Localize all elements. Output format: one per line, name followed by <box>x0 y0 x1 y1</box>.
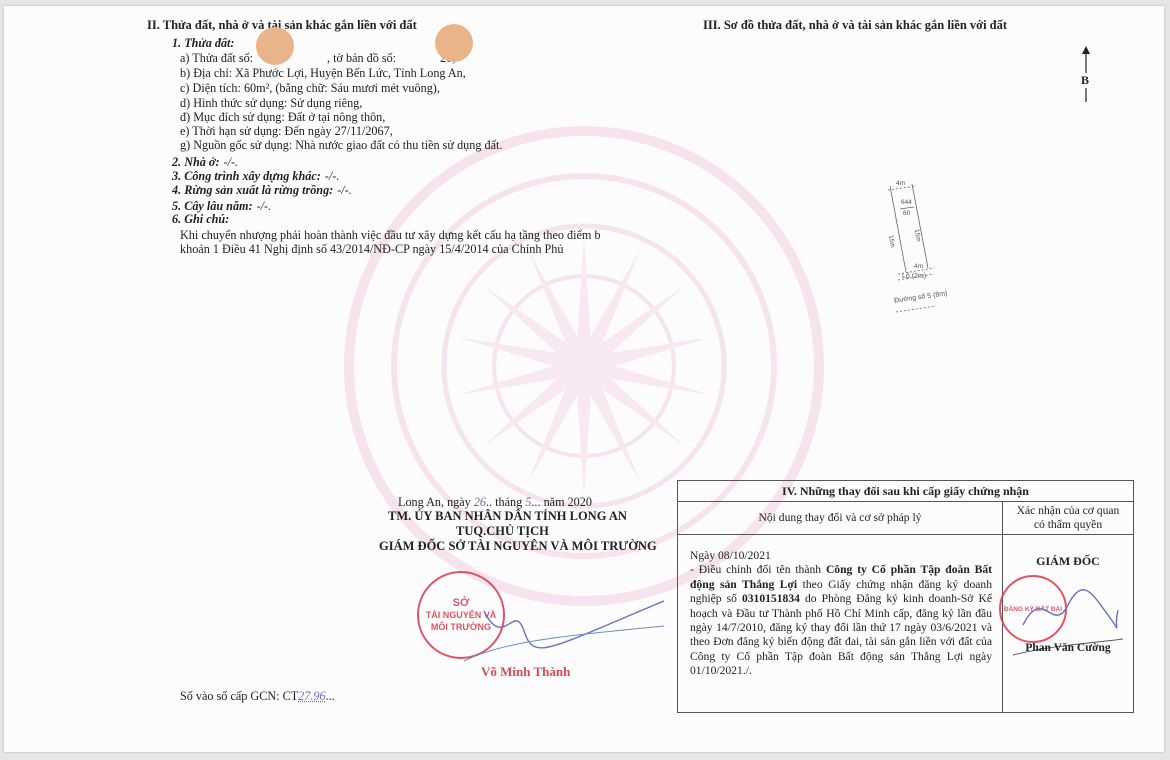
registry-dots: ... <box>326 689 335 703</box>
change-content-cell: Ngày 08/10/2021 - Điều chỉnh đổi tên thà… <box>678 535 1003 713</box>
section3-title: III. Sơ đồ thửa đất, nhà ở và tài sản kh… <box>703 18 1007 33</box>
redaction-mark <box>435 24 473 62</box>
column-header-content: Nội dung thay đổi và cơ sở pháp lý <box>678 502 1003 535</box>
setback-label: Lộ (2m) <box>902 273 926 280</box>
origin-line: g) Nguồn gốc sử dụng: Nhà nước giao đất … <box>180 138 502 153</box>
change-text-1: - Điều chỉnh đổi tên thành <box>690 563 826 576</box>
issuing-organization: TM. ỦY BAN NHÂN DÂN TỈNH LONG AN <box>388 509 627 524</box>
area-line: c) Diện tích: 60m², (bằng chữ: Sáu mươi … <box>180 81 440 96</box>
change-description: - Điều chỉnh đổi tên thành Công ty Cổ ph… <box>690 563 992 678</box>
section4-title: IV. Những thay đổi sau khi cấp giấy chứn… <box>678 481 1134 502</box>
changes-table: IV. Những thay đổi sau khi cấp giấy chứn… <box>677 480 1134 713</box>
map-sheet-label: , tờ bản đồ số: <box>327 51 396 66</box>
confirm-signer-name: Phan Văn Cường <box>1003 642 1133 654</box>
registry-number: Số vào sổ cấp GCN: CT27.96... <box>180 689 335 704</box>
table-row: Ngày 08/10/2021 - Điều chỉnh đổi tên thà… <box>678 535 1134 713</box>
parcel-area: 60 <box>903 210 910 217</box>
month-label: tháng <box>495 495 522 509</box>
signature-scribble-icon <box>444 591 664 671</box>
parcel-number: 644 <box>901 199 912 206</box>
signer-name: Võ Minh Thành <box>481 664 570 680</box>
land-heading: 1. Thửa đất: <box>172 36 235 51</box>
authority-role-2: GIÁM ĐỐC SỞ TÀI NGUYÊN VÀ MÔI TRƯỜNG <box>379 539 657 554</box>
perennial-value: -/-. <box>257 199 272 213</box>
notes-line-2: khoản 1 Điều 41 Nghị định số 43/2014/NĐ-… <box>180 242 563 257</box>
use-term-line: e) Thời hạn sử dụng: Đến ngày 27/11/2067… <box>180 124 393 139</box>
place-date-prefix: Long An, ngày <box>398 495 471 509</box>
notes-line-1: Khi chuyển nhượng phải hoàn thành việc đ… <box>180 228 601 243</box>
forest-value: -/-. <box>337 183 352 197</box>
column-header-confirmation: Xác nhận của cơ quan có thẩm quyền <box>1003 502 1134 535</box>
use-purpose-line: đ) Mục đích sử dụng: Đất ở tại nông thôn… <box>180 110 385 125</box>
parcel-diagram: 4m 644 60 15m 15m 4m Lộ (2m) Đường số 5 … <box>876 172 986 322</box>
authority-role-1: TUQ.CHỦ TỊCH <box>456 524 549 539</box>
parcel-number-label: a) Thửa đất số: <box>180 51 253 66</box>
change-date: Ngày 08/10/2021 <box>690 549 992 563</box>
confirmation-header-line-1: Xác nhận của cơ quan <box>1017 504 1120 517</box>
registry-value: 27.96 <box>298 689 325 703</box>
top-width-label: 4m <box>896 180 905 187</box>
confirm-title: GIÁM ĐỐC <box>1003 554 1133 569</box>
bottom-width-label: 4m <box>914 263 923 270</box>
place-date: Long An, ngày 26.. tháng 5... năm 2020 <box>398 495 592 510</box>
address-line: b) Địa chỉ: Xã Phước Lợi, Huyện Bến Lức,… <box>180 66 466 81</box>
date-day: 26 <box>474 495 486 509</box>
forest-label: 4. Rừng sản xuất là rừng trồng: <box>172 183 333 197</box>
date-month: 5 <box>525 495 531 509</box>
registry-label: Số vào sổ cấp GCN: CT <box>180 689 298 703</box>
perennial-label: 5. Cây lâu năm: <box>172 199 253 213</box>
notes-heading: 6. Ghi chú: <box>172 212 229 227</box>
confirmation-header-line-2: có thẩm quyền <box>1034 518 1102 531</box>
north-label: B <box>1081 73 1089 88</box>
redaction-mark <box>256 27 294 65</box>
certificate-page: II. Thửa đất, nhà ở và tài sản khác gắn … <box>4 6 1164 752</box>
year-label: năm 2020 <box>544 495 592 509</box>
business-reg-number: 0310151834 <box>742 592 800 605</box>
confirmation-cell: GIÁM ĐỐC ĐĂNG KÝ ĐẤT ĐAI Phan Văn Cường <box>1003 535 1134 713</box>
use-form-line: d) Hình thức sử dụng: Sử dụng riêng, <box>180 96 362 111</box>
